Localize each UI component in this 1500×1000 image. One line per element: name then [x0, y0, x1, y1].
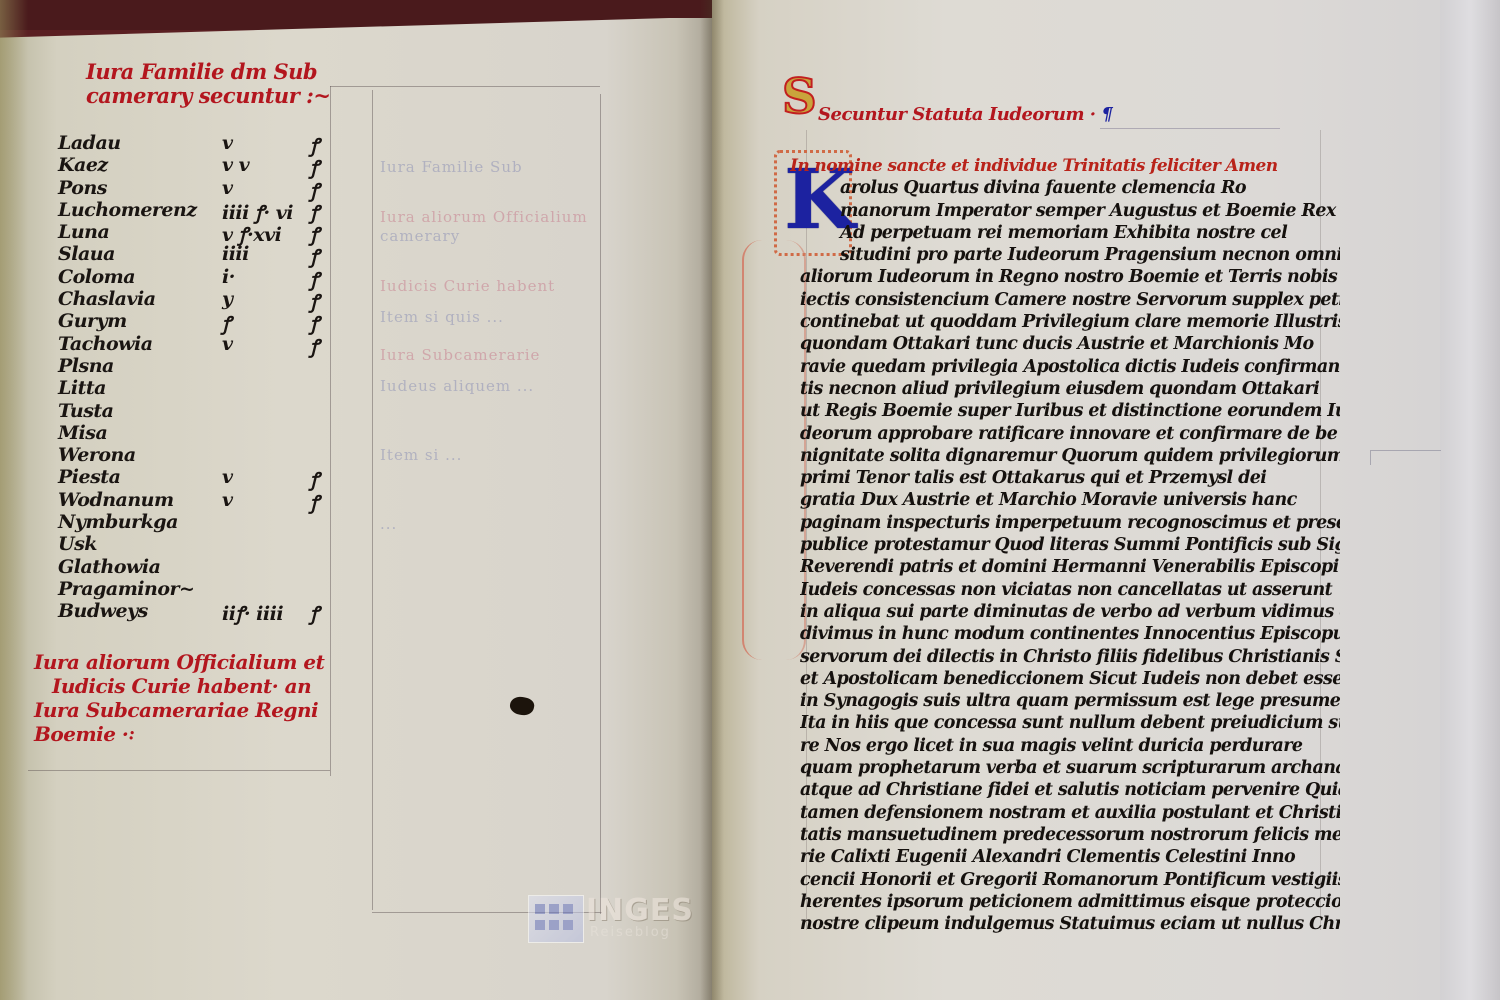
list-row: Ladauvꝭ: [58, 132, 358, 154]
book-gutter: [700, 0, 724, 1000]
text-line: atque ad Christiane fidei et salutis not…: [800, 779, 1340, 801]
text-line: quondam Ottakari tunc ducis Austrie et M…: [800, 333, 1340, 355]
list-row: Slauaiiiiꝭ: [58, 243, 358, 265]
open-manuscript: Iura Familie Sub camerary Iura aliorum O…: [0, 0, 1500, 1000]
left-footer-rubric: Iura aliorum Officialium et Iudicis Curi…: [34, 650, 324, 746]
watermark-title: INGES: [586, 893, 694, 928]
list-row: Luchomerenziiii ꝭ· viꝭ: [58, 199, 358, 221]
illuminated-initial-s: S: [782, 73, 817, 121]
text-line: in aliqua sui parte diminutas de verbo a…: [800, 601, 1340, 623]
text-line: rie Calixti Eugenii Alexandri Clementis …: [800, 846, 1340, 868]
list-row: Werona: [58, 444, 358, 466]
ruling-line: [1100, 128, 1280, 129]
text-line: arolus Quartus divina fauente clemencia …: [800, 177, 1340, 199]
text-line: manorum Imperator semper Augustus et Boe…: [800, 200, 1340, 222]
list-row: Usk: [58, 533, 358, 555]
text-line: ravie quedam privilegia Apostolica dicti…: [800, 356, 1340, 378]
list-row: Tachowiavꝭ: [58, 333, 358, 355]
list-row: Nymburkga: [58, 511, 358, 533]
text-line: iectis consistencium Camere nostre Servo…: [800, 289, 1340, 311]
right-heading: Secuntur Statuta Iudeorum · ¶: [818, 103, 1112, 127]
text-line: Iudeis concessas non viciatas non cancel…: [800, 579, 1340, 601]
text-line: re Nos ergo licet in sua magis velint du…: [800, 735, 1340, 757]
text-line: tamen defensionem nostram et auxilia pos…: [800, 802, 1340, 824]
text-line: et Apostolicam benediccionem Sicut Iudei…: [800, 668, 1340, 690]
list-row: Piestavꝭ: [58, 466, 358, 488]
watermark-logo-icon: [528, 895, 584, 943]
text-line: tatis mansuetudinem predecessorum nostro…: [800, 824, 1340, 846]
list-row: Budweysiiꝭ· iiiiꝭ: [58, 600, 358, 622]
text-line: cencii Honorii et Gregorii Romanorum Pon…: [800, 869, 1340, 891]
bleed-through-text: Item si quis ... Iudeus aliquem ... Item…: [380, 260, 534, 582]
list-row: Tusta: [58, 400, 358, 422]
list-row: Kaezv vꝭ: [58, 154, 358, 176]
text-line: paginam inspecturis imperpetuum recognos…: [800, 512, 1340, 534]
watermark: INGES Reiseblog: [528, 895, 708, 941]
list-row: Pragaminor~: [58, 578, 358, 600]
text-line: nostre clipeum indulgemus Statuimus ecia…: [800, 913, 1340, 935]
text-line: gratia Dux Austrie et Marchio Moravie un…: [800, 489, 1340, 511]
text-line: tis necnon aliud privilegium eiusdem quo…: [800, 378, 1340, 400]
list-row: Plsna: [58, 355, 358, 377]
paragraph-mark-icon: ¶: [1101, 104, 1112, 125]
text-line: quam prophetarum verba et suarum scriptu…: [800, 757, 1340, 779]
ruling-line: [28, 770, 330, 771]
text-line: ut Regis Boemie super Iuribus et distinc…: [800, 400, 1340, 422]
text-line: publice protestamur Quod literas Summi P…: [800, 534, 1340, 556]
margin-mark: [1370, 450, 1441, 465]
text-line: situdini pro parte Iudeorum Pragensium n…: [800, 244, 1340, 266]
pen-flourish: [742, 240, 806, 660]
list-row: Ponsvꝭ: [58, 177, 358, 199]
text-line: deorum approbare ratificare innovare et …: [800, 423, 1340, 445]
place-list: Ladauvꝭ Kaezv vꝭ Ponsvꝭ Luchomerenziiii …: [58, 132, 358, 623]
text-line: nignitate solita dignaremur Quorum quide…: [800, 445, 1340, 467]
list-row: Glathowia: [58, 556, 358, 578]
left-page-edge-shadow: [0, 0, 28, 1000]
text-line: servorum dei dilectis in Christo filiis …: [800, 646, 1340, 668]
list-row: Gurymꝭꝭ: [58, 310, 358, 332]
text-line: herentes ipsorum peticionem admittimus e…: [800, 891, 1340, 913]
text-line: aliorum Iudeorum in Regno nostro Boemie …: [800, 266, 1340, 288]
text-line: divimus in hunc modum continentes Innoce…: [800, 623, 1340, 645]
list-row: Colomai·ꝭ: [58, 266, 358, 288]
right-page-glare: [1440, 0, 1500, 1000]
ruling-line: [372, 90, 373, 910]
text-line: Reverendi patris et domini Hermanni Vene…: [800, 556, 1340, 578]
watermark-subtitle: Reiseblog: [590, 925, 671, 940]
text-line: primi Tenor talis est Ottakarus qui et P…: [800, 467, 1340, 489]
text-line: Ad perpetuam rei memoriam Exhibita nostr…: [800, 222, 1340, 244]
ruling-line: [330, 86, 600, 87]
ruling-line: [600, 94, 601, 914]
list-row: Wodnanumvꝭ: [58, 489, 358, 511]
list-row: Lunav ꝭ·xviꝭ: [58, 221, 358, 243]
list-row: Chaslaviayꝭ: [58, 288, 358, 310]
list-row: Litta: [58, 377, 358, 399]
list-row: Misa: [58, 422, 358, 444]
statute-text: In nomine sancte et individue Trinitatis…: [800, 155, 1340, 935]
text-line: Ita in hiis que concessa sunt nullum deb…: [800, 712, 1340, 734]
left-heading: Iura Familie dm Sub camerary secuntur :~: [86, 60, 330, 108]
text-line: in Synagogis suis ultra quam permissum e…: [800, 690, 1340, 712]
invocation-line: In nomine sancte et individue Trinitatis…: [790, 155, 1340, 177]
text-line: continebat ut quoddam Privilegium clare …: [800, 311, 1340, 333]
